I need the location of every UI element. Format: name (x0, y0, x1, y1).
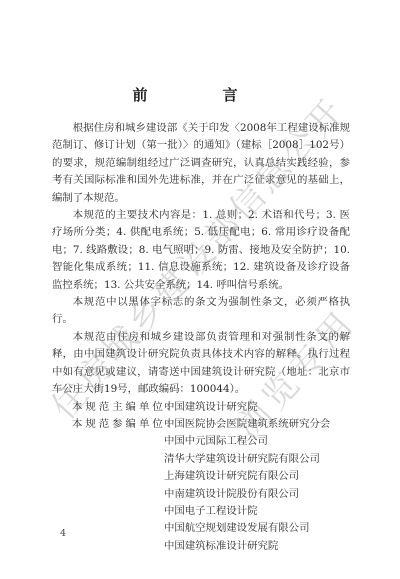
participants-label: 本规范参编单位： (52, 416, 164, 433)
paragraph-contents: 本规范的主要技术内容是：1. 总则；2. 术语和代号；3. 医疗场所分类；4. … (52, 207, 350, 294)
chief-editor-row: 本规范主编单位： 中国建筑设计研究院 (52, 399, 350, 416)
participant-org: 中南建筑设计院股份有限公司 (52, 486, 350, 503)
paragraph-basis: 根据住房和城乡建设部《关于印发〈2008年工程建设标准规范制订、修订计划（第一批… (52, 120, 350, 207)
chief-editor-label: 本规范主编单位： (52, 399, 164, 416)
participant-org: 清华大学建筑设计研究院有限公司 (52, 451, 350, 468)
participant-org: 中国航空规划建设发展有限公司 (52, 520, 350, 537)
participant-org: 上海建筑设计研究院有限公司 (52, 468, 350, 485)
page-number: 4 (60, 528, 66, 539)
participant-org: 中国电子工程设计院 (52, 503, 350, 520)
participants-row: 本规范参编单位： 中国医院协会医院建筑系统研究分会 (52, 416, 350, 433)
chief-editor-org: 中国建筑设计研究院 (164, 399, 350, 416)
participant-org: 中国医院协会医院建筑系统研究分会 (164, 416, 350, 433)
document-page: 前 言 根据住房和城乡建设部《关于印发〈2008年工程建设标准规范制订、修订计划… (0, 0, 400, 579)
participant-org: 中国中元国际工程公司 (52, 433, 350, 450)
page-title: 前 言 (0, 84, 400, 105)
paragraph-management: 本规范由住房和城乡建设部负责管理和对强制性条文的解释，由中国建筑设计研究院负责具… (52, 329, 350, 399)
paragraph-mandatory: 本规范中以黑体字标志的条文为强制性条文，必须严格执行。 (52, 294, 350, 329)
participant-org: 中国建筑标准设计研究院 (52, 538, 350, 555)
preface-body: 根据住房和城乡建设部《关于印发〈2008年工程建设标准规范制订、修订计划（第一批… (52, 120, 350, 555)
